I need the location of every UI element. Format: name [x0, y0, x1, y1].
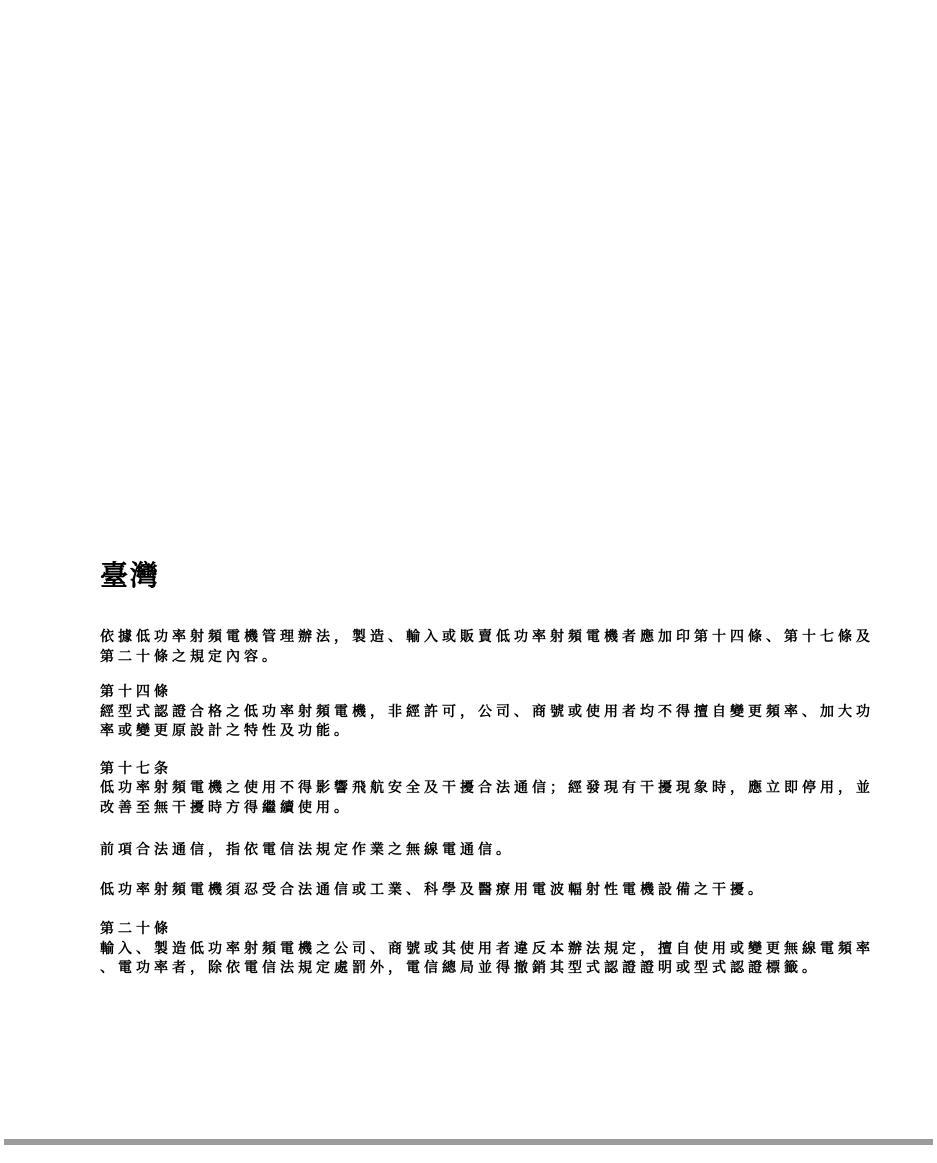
regulation-article-14-paragraph: 第十四條 經型式認證合格之低功率射頻電機，非經許可，公司、商號或使用者均不得擅自…	[100, 683, 912, 742]
page-title: 臺灣	[100, 560, 912, 592]
regulation-text-section: 臺灣 依據低功率射頻電機管理辦法，製造、輸入或販賣低功率射頻電機者應加印第十四條…	[100, 560, 912, 979]
document-page: 臺灣 依據低功率射頻電機管理辦法，製造、輸入或販賣低功率射頻電機者應加印第十四條…	[0, 0, 937, 1163]
regulation-interference-tolerance-paragraph: 低功率射頻電機須忍受合法通信或工業、科學及醫療用電波輻射性電機設備之干擾。	[100, 881, 912, 901]
regulation-intro-paragraph: 依據低功率射頻電機管理辦法，製造、輸入或販賣低功率射頻電機者應加印第十四條、第十…	[100, 628, 912, 667]
regulation-article-17-paragraph: 第十七条 低功率射頻電機之使用不得影響飛航安全及干擾合法通信；經發現有干擾現象時…	[100, 760, 912, 819]
regulation-legal-communication-paragraph: 前項合法通信，指依電信法規定作業之無線電通信。	[100, 841, 912, 861]
regulation-article-20-paragraph: 第二十條 輸入、製造低功率射頻電機之公司、商號或其使用者違反本辦法規定，擅自使用…	[100, 920, 912, 979]
footer-divider-bar	[4, 1139, 933, 1145]
